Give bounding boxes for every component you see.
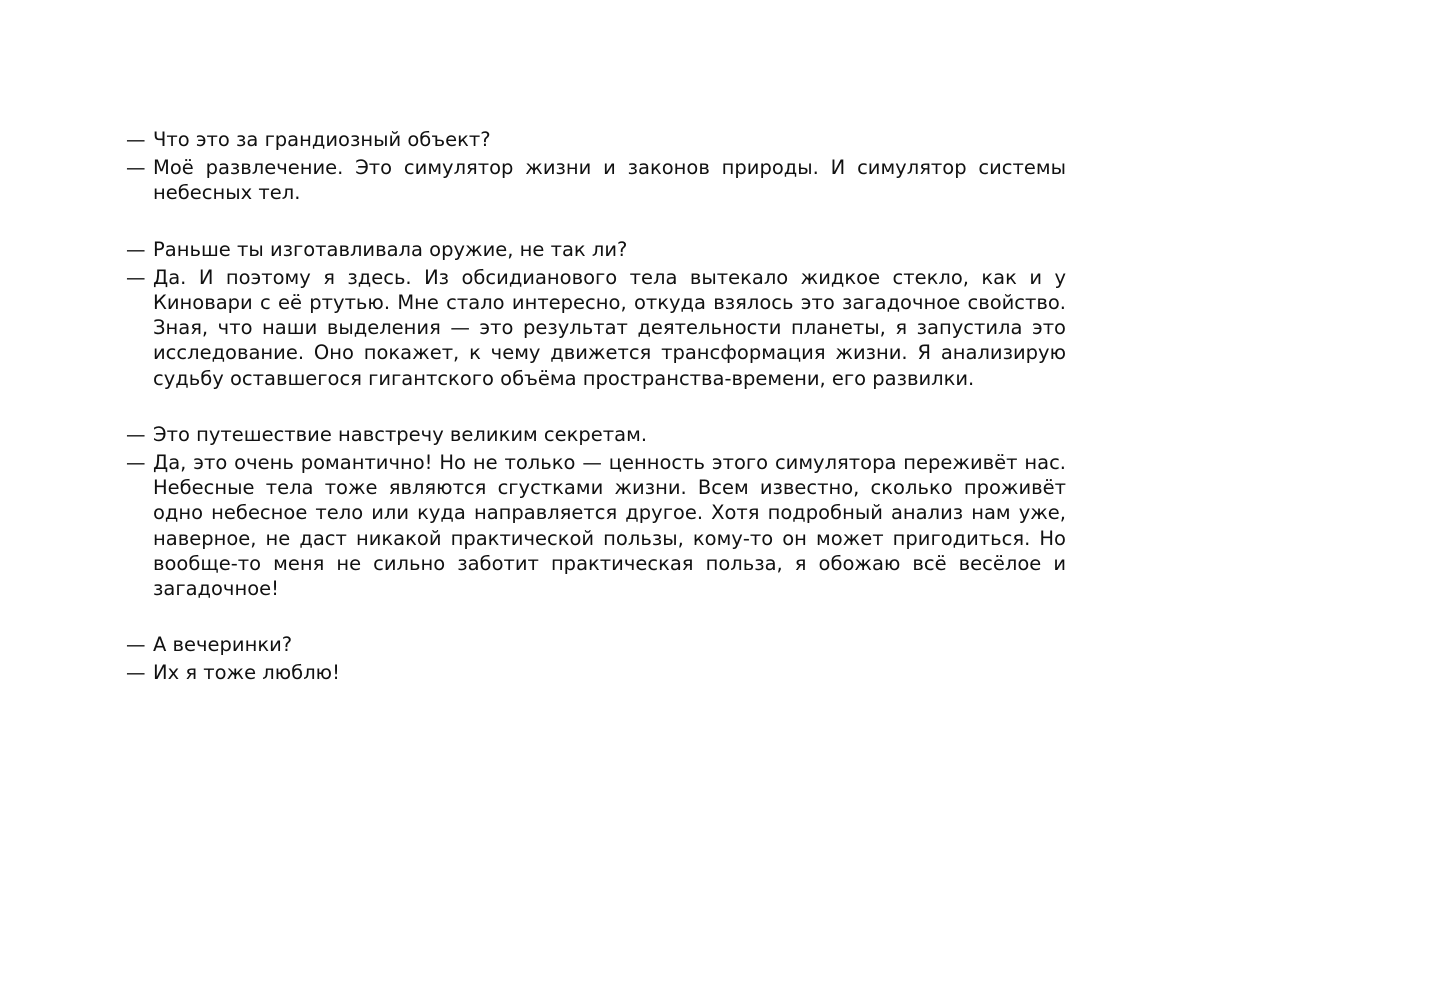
dialogue-text: Да. И поэтому я здесь. Из обсидианового …: [153, 266, 1066, 390]
dialogue-document: — Что это за грандиозный объект? — Моё р…: [126, 127, 1066, 717]
dialogue-line: — Это путешествие навстречу великим секр…: [126, 422, 1066, 447]
dialogue-dash: —: [126, 422, 146, 447]
dialogue-group-2: — Раньше ты изготавливала оружие, не так…: [126, 237, 1066, 391]
dialogue-line: — Моё развлечение. Это симулятор жизни и…: [126, 155, 1066, 205]
dialogue-line: — Что это за грандиозный объект?: [126, 127, 1066, 152]
dialogue-dash: —: [126, 237, 146, 262]
dialogue-text: Их я тоже люблю!: [153, 661, 340, 684]
dialogue-text: Раньше ты изготавливала оружие, не так л…: [153, 238, 627, 261]
dialogue-group-3: — Это путешествие навстречу великим секр…: [126, 422, 1066, 601]
dialogue-dash: —: [126, 660, 146, 685]
dialogue-dash: —: [126, 155, 146, 180]
dialogue-line: — Да, это очень романтично! Но не только…: [126, 450, 1066, 601]
dialogue-line: — Да. И поэтому я здесь. Из обсидиановог…: [126, 265, 1066, 391]
dialogue-text: Моё развлечение. Это симулятор жизни и з…: [153, 156, 1066, 204]
dialogue-line: — А вечеринки?: [126, 632, 1066, 657]
dialogue-text: А вечеринки?: [153, 633, 292, 656]
dialogue-dash: —: [126, 450, 146, 475]
dialogue-dash: —: [126, 632, 146, 657]
dialogue-dash: —: [126, 127, 146, 152]
dialogue-group-1: — Что это за грандиозный объект? — Моё р…: [126, 127, 1066, 206]
dialogue-text: Да, это очень романтично! Но не только —…: [153, 451, 1066, 600]
dialogue-line: — Их я тоже люблю!: [126, 660, 1066, 685]
dialogue-text: Что это за грандиозный объект?: [153, 128, 491, 151]
dialogue-group-4: — А вечеринки? — Их я тоже люблю!: [126, 632, 1066, 685]
dialogue-text: Это путешествие навстречу великим секрет…: [153, 423, 647, 446]
dialogue-line: — Раньше ты изготавливала оружие, не так…: [126, 237, 1066, 262]
dialogue-dash: —: [126, 265, 146, 290]
